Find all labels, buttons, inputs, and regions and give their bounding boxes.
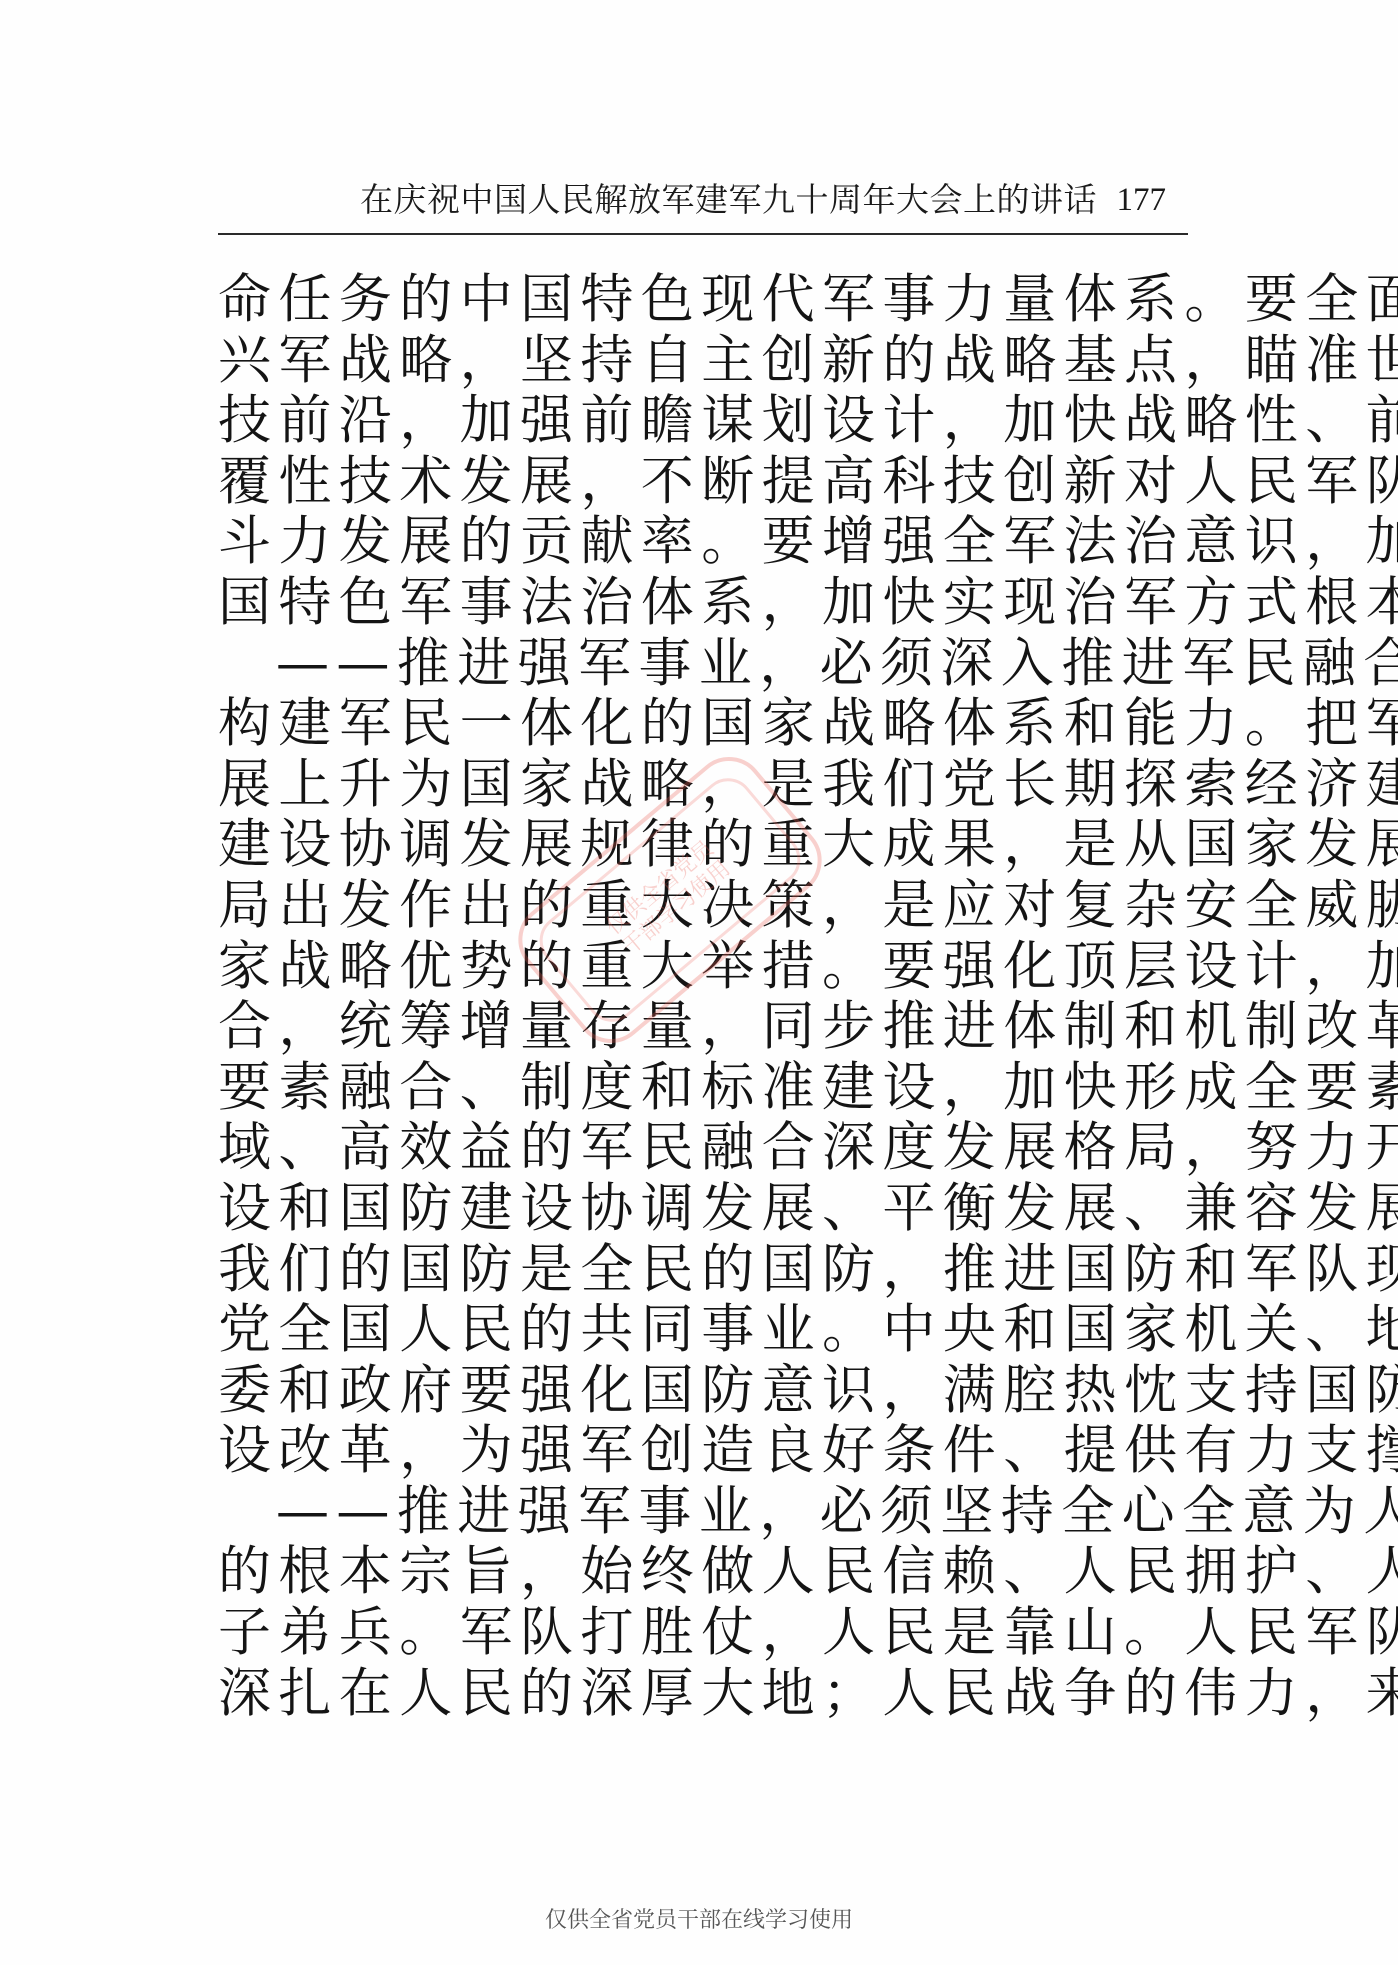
text-line: 委和政府要强化国防意识，满腔热忱支持国防和军队建 bbox=[218, 1361, 1188, 1422]
text-line: 国特色军事法治体系，加快实现治军方式根本性转变。 bbox=[218, 573, 1188, 634]
chapter-title: 在庆祝中国人民解放军建军九十周年大会上的讲话 bbox=[360, 175, 1140, 225]
running-header: 在庆祝中国人民解放军建军九十周年大会上的讲话 177 bbox=[218, 175, 1188, 225]
text-line: 展上升为国家战略，是我们党长期探索经济建设和国防 bbox=[218, 755, 1188, 816]
text-line: 兴军战略，坚持自主创新的战略基点，瞄准世界军事科 bbox=[218, 331, 1188, 392]
text-line: 技前沿，加强前瞻谋划设计，加快战略性、前沿性、颠 bbox=[218, 391, 1188, 452]
text-line: 党全国人民的共同事业。中央和国家机关、地方各级党 bbox=[218, 1300, 1188, 1361]
text-line: 要素融合、制度和标准建设，加快形成全要素、多领 bbox=[218, 1058, 1188, 1119]
footer-usage-note: 仅供全省党员干部在线学习使用 bbox=[0, 1906, 1398, 1936]
text-line: 设和国防建设协调发展、平衡发展、兼容发展新局面。 bbox=[218, 1179, 1188, 1240]
header-divider-rule bbox=[218, 233, 1188, 235]
text-line: 命任务的中国特色现代军事力量体系。要全面实施科技 bbox=[218, 270, 1188, 331]
text-line: 斗力发展的贡献率。要增强全军法治意识，加快构建中 bbox=[218, 512, 1188, 573]
text-line: 构建军民一体化的国家战略体系和能力。把军民融合发 bbox=[218, 694, 1188, 755]
text-line: 我们的国防是全民的国防，推进国防和军队现代化是全 bbox=[218, 1240, 1188, 1301]
text-line: 家战略优势的重大举措。要强化顶层设计，加强需求整 bbox=[218, 937, 1188, 998]
text-line: 子弟兵。军队打胜仗，人民是靠山。人民军队的根脉， bbox=[218, 1603, 1188, 1664]
text-line: 深扎在人民的深厚大地；人民战争的伟力，来源于人民 bbox=[218, 1664, 1188, 1725]
paragraph-start-line: ——推进强军事业，必须坚持全心全意为人民服务 bbox=[218, 1482, 1188, 1543]
text-line: 域、高效益的军民融合深度发展格局，努力开创经济建 bbox=[218, 1118, 1188, 1179]
page-number: 177 bbox=[1117, 175, 1167, 225]
text-line: 的根本宗旨，始终做人民信赖、人民拥护、人民热爱的 bbox=[218, 1542, 1188, 1603]
text-line: 合，统筹增量存量，同步推进体制和机制改革、体系和 bbox=[218, 997, 1188, 1058]
text-line: 设改革，为强军创造良好条件、提供有力支撑。 bbox=[218, 1421, 1188, 1482]
body-text: 命任务的中国特色现代军事力量体系。要全面实施科技 兴军战略，坚持自主创新的战略基… bbox=[218, 270, 1188, 1724]
book-page: 在庆祝中国人民解放军建军九十周年大会上的讲话 177 命任务的中国特色现代军事力… bbox=[0, 0, 1398, 1965]
text-line: 局出发作出的重大决策，是应对复杂安全威胁、赢得国 bbox=[218, 876, 1188, 937]
paragraph-start-line: ——推进强军事业，必须深入推进军民融合发展， bbox=[218, 634, 1188, 695]
text-line: 建设协调发展规律的重大成果，是从国家发展和安全全 bbox=[218, 815, 1188, 876]
text-line: 覆性技术发展，不断提高科技创新对人民军队建设和战 bbox=[218, 452, 1188, 513]
